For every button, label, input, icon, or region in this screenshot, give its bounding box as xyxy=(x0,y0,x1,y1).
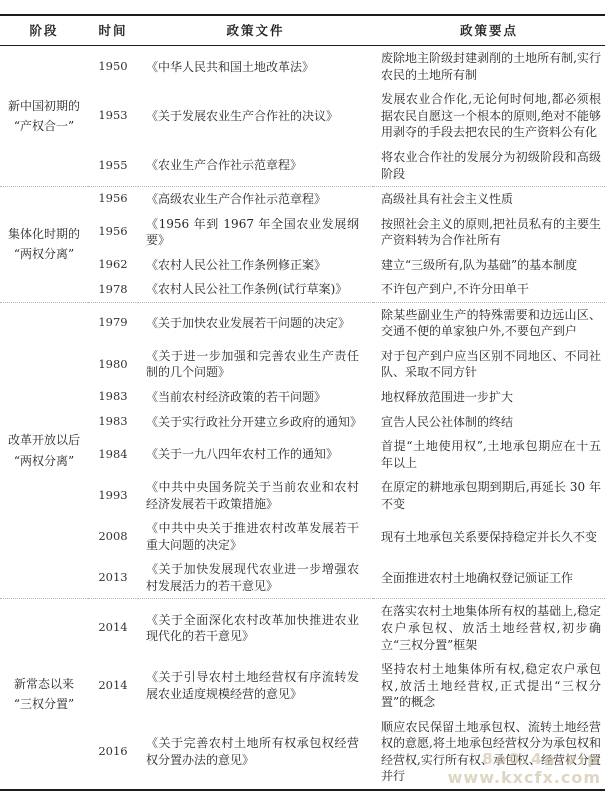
document-cell: 《中共中央关于推进农村改革发展若干重大问题的决定》 xyxy=(138,516,373,557)
stage-label: 新中国初期的“产权合一” xyxy=(0,46,88,187)
points-cell: 按照社会主义的原则,把社员私有的主要生产资料转为合作社所有 xyxy=(373,212,605,253)
points-cell: 建立“三级所有,队为基础”的基本制度 xyxy=(373,253,605,278)
year-cell: 1980 xyxy=(88,344,138,385)
year-cell: 2008 xyxy=(88,516,138,557)
document-cell: 《农村人民公社工作条例修正案》 xyxy=(138,253,373,278)
table-row: 1956《1956 年到 1967 年全国农业发展纲要》按照社会主义的原则,把社… xyxy=(0,212,605,253)
points-cell: 除某些副业生产的特殊需要和边远山区、交通不便的单家独户外,不要包产到户 xyxy=(373,302,605,344)
document-cell: 《关于加快发展现代农业进一步增强农村发展活力的若干意见》 xyxy=(138,557,373,599)
year-cell: 1978 xyxy=(88,277,138,302)
table-row: 1993《中共中央国务院关于当前农业和农村经济发展若干政策措施》在原定的耕地承包… xyxy=(0,475,605,516)
header-stage: 阶段 xyxy=(0,15,88,46)
document-cell: 《关于发展农业生产合作社的决议》 xyxy=(138,87,373,145)
document-cell: 《关于进一步加强和完善农业生产责任制的几个问题》 xyxy=(138,344,373,385)
year-cell: 1984 xyxy=(88,434,138,475)
header-row: 阶段 时间 政策文件 政策要点 xyxy=(0,15,605,46)
document-cell: 《关于全面深化农村改革加快推进农业现代化的若干意见》 xyxy=(138,599,373,657)
year-cell: 2014 xyxy=(88,657,138,715)
stage-label: 新常态以来“三权分置” xyxy=(0,599,88,790)
table-row: 改革开放以后“两权分离”1979《关于加快农业发展若干问题的决定》除某些副业生产… xyxy=(0,302,605,344)
year-cell: 1956 xyxy=(88,212,138,253)
document-cell: 《关于引导农村土地经营权有序流转发展农业适度规模经营的意见》 xyxy=(138,657,373,715)
stage-label-line: 改革开放以后 xyxy=(2,430,86,450)
stage-group: 改革开放以后“两权分离”1979《关于加快农业发展若干问题的决定》除某些副业生产… xyxy=(0,302,605,599)
points-cell: 将农业合作社的发展分为初级阶段和高级阶段 xyxy=(373,145,605,187)
points-cell: 宣告人民公社体制的终结 xyxy=(373,410,605,435)
stage-label: 集体化时期的“两权分离” xyxy=(0,187,88,303)
table-row: 1955《农业生产合作社示范章程》将农业合作社的发展分为初级阶段和高级阶段 xyxy=(0,145,605,187)
table-row: 1953《关于发展农业生产合作社的决议》发展农业合作化,无论何时何地,都必须根据… xyxy=(0,87,605,145)
points-cell: 不许包产到户,不许分田单干 xyxy=(373,277,605,302)
scanned-policy-table-page: 阶段 时间 政策文件 政策要点 新中国初期的“产权合一”1950《中华人民共和国… xyxy=(0,0,605,797)
stage-label: 改革开放以后“两权分离” xyxy=(0,302,88,599)
table-row: 2013《关于加快发展现代农业进一步增强农村发展活力的若干意见》全面推进农村土地… xyxy=(0,557,605,599)
points-cell: 发展农业合作化,无论何时何地,都必须根据农民自愿这一个根本的原则,绝对不能够用剥… xyxy=(373,87,605,145)
table-row: 1978《农村人民公社工作条例(试行草案)》不许包产到户,不许分田单干 xyxy=(0,277,605,302)
table-row: 新中国初期的“产权合一”1950《中华人民共和国土地改革法》废除地主阶级封建剥削… xyxy=(0,46,605,88)
stage-label-line: “两权分离” xyxy=(2,451,86,471)
document-cell: 《关于一九八四年农村工作的通知》 xyxy=(138,434,373,475)
table-row: 2008《中共中央关于推进农村改革发展若干重大问题的决定》现有土地承包关系要保持… xyxy=(0,516,605,557)
document-cell: 《农村人民公社工作条例(试行草案)》 xyxy=(138,277,373,302)
points-cell: 在原定的耕地承包期到期后,再延长 30 年不变 xyxy=(373,475,605,516)
year-cell: 2013 xyxy=(88,557,138,599)
stage-group: 新常态以来“三权分置”2014《关于全面深化农村改革加快推进农业现代化的若干意见… xyxy=(0,599,605,790)
table-row: 集体化时期的“两权分离”1956《高级农业生产合作社示范章程》高级社具有社会主义… xyxy=(0,187,605,212)
points-cell: 现有土地承包关系要保持稳定并长久不变 xyxy=(373,516,605,557)
document-cell: 《高级农业生产合作社示范章程》 xyxy=(138,187,373,212)
document-cell: 《关于完善农村土地所有权承包权经营权分置办法的意见》 xyxy=(138,715,373,790)
year-cell: 1979 xyxy=(88,302,138,344)
points-cell: 废除地主阶级封建剥削的土地所有制,实行农民的土地所有制 xyxy=(373,46,605,88)
table-row: 2016《关于完善农村土地所有权承包权经营权分置办法的意见》顺应农民保留土地承包… xyxy=(0,715,605,790)
points-cell: 坚持农村土地集体所有权,稳定农户承包权,放活土地经营权,正式提出“三权分置”的概… xyxy=(373,657,605,715)
points-cell: 地权释放范围进一步扩大 xyxy=(373,385,605,410)
header-points: 政策要点 xyxy=(373,15,605,46)
stage-label-line: 新中国初期的 xyxy=(2,96,86,116)
document-cell: 《关于实行政社分开建立乡政府的通知》 xyxy=(138,410,373,435)
points-cell: 全面推进农村土地确权登记颁证工作 xyxy=(373,557,605,599)
points-cell: 在落实农村土地集体所有权的基础上,稳定农户承包权、放活土地经营权,初步确立“三权… xyxy=(373,599,605,657)
table-row: 1983《关于实行政社分开建立乡政府的通知》宣告人民公社体制的终结 xyxy=(0,410,605,435)
document-cell: 《中华人民共和国土地改革法》 xyxy=(138,46,373,88)
document-cell: 《农业生产合作社示范章程》 xyxy=(138,145,373,187)
table-row: 新常态以来“三权分置”2014《关于全面深化农村改革加快推进农业现代化的若干意见… xyxy=(0,599,605,657)
points-cell: 对于包产到户应当区别不同地区、不同社队、采取不同方针 xyxy=(373,344,605,385)
stage-group: 集体化时期的“两权分离”1956《高级农业生产合作社示范章程》高级社具有社会主义… xyxy=(0,187,605,303)
year-cell: 1983 xyxy=(88,385,138,410)
table-row: 1962《农村人民公社工作条例修正案》建立“三级所有,队为基础”的基本制度 xyxy=(0,253,605,278)
year-cell: 1953 xyxy=(88,87,138,145)
stage-label-line: “两权分离” xyxy=(2,244,86,264)
policy-table: 阶段 时间 政策文件 政策要点 新中国初期的“产权合一”1950《中华人民共和国… xyxy=(0,14,605,791)
table-row: 1983《当前农村经济政策的若干问题》地权释放范围进一步扩大 xyxy=(0,385,605,410)
document-cell: 《中共中央国务院关于当前农业和农村经济发展若干政策措施》 xyxy=(138,475,373,516)
year-cell: 1956 xyxy=(88,187,138,212)
table-row: 1980《关于进一步加强和完善农业生产责任制的几个问题》对于包产到户应当区别不同… xyxy=(0,344,605,385)
year-cell: 1962 xyxy=(88,253,138,278)
stage-label-line: 新常态以来 xyxy=(2,674,86,694)
points-cell: 首提“土地使用权”,土地承包期应在十五年以上 xyxy=(373,434,605,475)
document-cell: 《关于加快农业发展若干问题的决定》 xyxy=(138,302,373,344)
stage-label-line: 集体化时期的 xyxy=(2,224,86,244)
year-cell: 2014 xyxy=(88,599,138,657)
header-document: 政策文件 xyxy=(138,15,373,46)
header-year: 时间 xyxy=(88,15,138,46)
year-cell: 1983 xyxy=(88,410,138,435)
stage-label-line: “产权合一” xyxy=(2,116,86,136)
year-cell: 1950 xyxy=(88,46,138,88)
table-header: 阶段 时间 政策文件 政策要点 xyxy=(0,15,605,46)
stage-label-line: “三权分置” xyxy=(2,694,86,714)
document-cell: 《1956 年到 1967 年全国农业发展纲要》 xyxy=(138,212,373,253)
document-cell: 《当前农村经济政策的若干问题》 xyxy=(138,385,373,410)
stage-group: 新中国初期的“产权合一”1950《中华人民共和国土地改革法》废除地主阶级封建剥削… xyxy=(0,46,605,187)
points-cell: 顺应农民保留土地承包权、流转土地经营权的意愿,将土地承包经营权分为承包权和经营权… xyxy=(373,715,605,790)
points-cell: 高级社具有社会主义性质 xyxy=(373,187,605,212)
table-row: 1984《关于一九八四年农村工作的通知》首提“土地使用权”,土地承包期应在十五年… xyxy=(0,434,605,475)
year-cell: 1955 xyxy=(88,145,138,187)
year-cell: 2016 xyxy=(88,715,138,790)
year-cell: 1993 xyxy=(88,475,138,516)
table-row: 2014《关于引导农村土地经营权有序流转发展农业适度规模经营的意见》坚持农村土地… xyxy=(0,657,605,715)
